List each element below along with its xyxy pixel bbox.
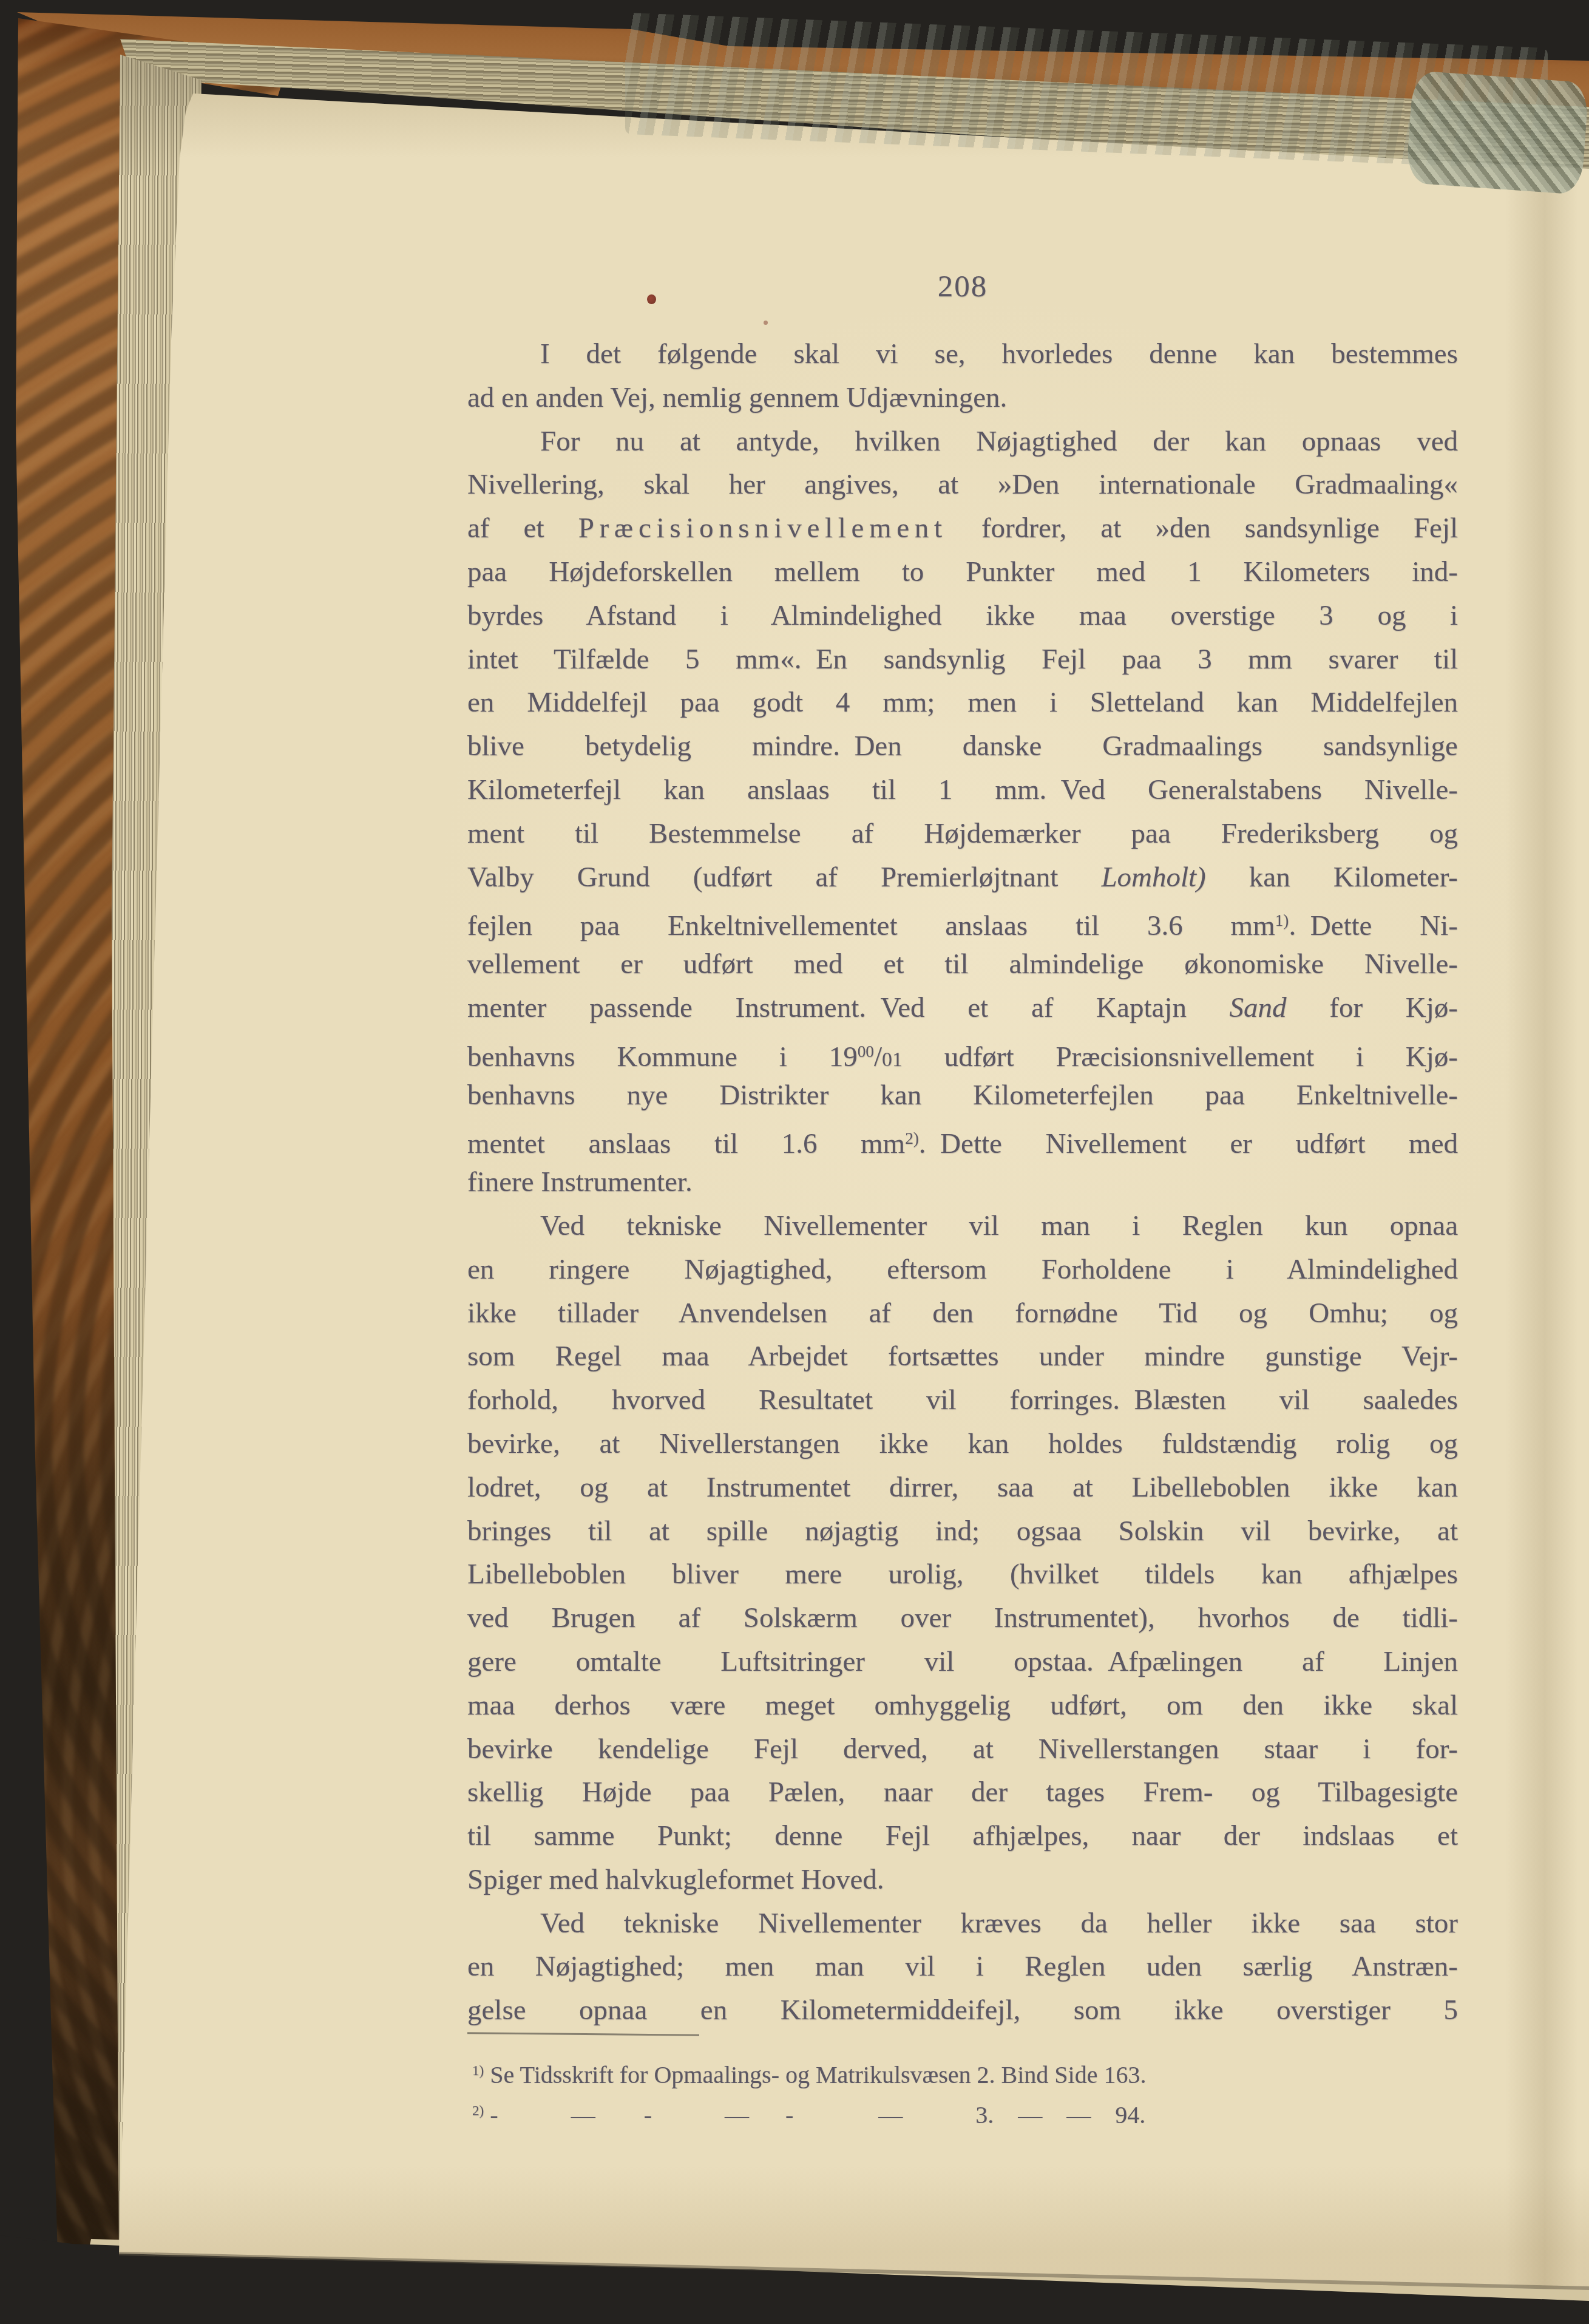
text-line: byrdes Afstand i Almindelighed ikke maa … — [467, 594, 1458, 638]
footnote-line: 1) Se Tidsskrift for Opmaalings- og Matr… — [472, 2051, 1463, 2091]
text-line: Ved tekniske Nivellementer vil man i Reg… — [467, 1204, 1458, 1248]
text-line: intet Tilfælde 5 mm«. En sandsynlig Fejl… — [467, 638, 1458, 682]
text-segment: skellig Højde paa Pælen, naar der tages … — [467, 1776, 1458, 1808]
text-line: Kilometerfejl kan anslaas til 1 mm. Ved … — [467, 769, 1458, 812]
text-segment: gelse opnaa en Kilometermiddeifejl, som … — [467, 1994, 1458, 2026]
text-segment: Valby Grund (udført af Premierløjtnant — [467, 861, 1101, 893]
text-line: I det følgende skal vi se, hvorledes den… — [467, 333, 1458, 376]
text-segment: fordrer, at »den sandsynlige Fejl — [947, 512, 1458, 544]
text-segment: ment til Bestemmelse af Højdemærker paa … — [467, 818, 1458, 849]
text-segment: bevirke, at Nivellerstangen ikke kan hol… — [467, 1428, 1458, 1459]
text-segment: Sand — [1230, 992, 1287, 1024]
text-line: bevirke kendelige Fejl derved, at Nivell… — [467, 1728, 1458, 1772]
text-segment: finere Instrumenter. — [467, 1166, 693, 1198]
text-segment: udført Præcisionsnivellement i Kjø- — [903, 1041, 1458, 1073]
text-line: Spiger med halvkugleformet Hoved. — [467, 1858, 1458, 1902]
text-line: gelse opnaa en Kilometermiddeifejl, som … — [467, 1989, 1458, 2033]
text-segment: Spiger med halvkugleformet Hoved. — [467, 1864, 884, 1895]
text-segment: 2) — [472, 2103, 484, 2119]
small-ink-spot — [764, 321, 768, 325]
text-segment: 01 — [882, 1048, 903, 1071]
text-segment: 2) — [905, 1129, 919, 1147]
text-segment: Se Tidsskrift for Opmaalings- og Matriku… — [484, 2061, 1146, 2088]
text-line: en ringere Nøjagtighed, eftersom Forhold… — [467, 1248, 1458, 1292]
text-line: menter passende Instrument. Ved et af Ka… — [467, 987, 1458, 1030]
text-segment: benhavns Kommune i 19 — [467, 1041, 858, 1073]
text-line: paa Højdeforskellen mellem to Punkter me… — [467, 551, 1458, 594]
text-segment: intet Tilfælde 5 mm«. En sandsynlig Fejl… — [467, 644, 1458, 675]
text-segment: af et — [467, 512, 578, 544]
text-segment: Præcisionsnivellement — [578, 512, 947, 544]
text-segment: Lomholt) — [1101, 861, 1205, 893]
text-line: til samme Punkt; denne Fejl afhjælpes, n… — [467, 1815, 1458, 1858]
text-segment: . Dette Nivellement er udført med — [919, 1128, 1458, 1160]
text-segment: gere omtalte Luftsitringer vil opstaa. A… — [467, 1646, 1458, 1677]
text-segment: 1) — [1275, 911, 1289, 929]
text-segment: menter passende Instrument. Ved et af Ka… — [467, 992, 1230, 1024]
footnote-line: 2) - — - — - — 3. — — 94. — [472, 2091, 1463, 2131]
text-segment: en Nøjagtighed; men man vil i Reglen ude… — [467, 1951, 1458, 1982]
text-segment: ved Brugen af Solskærm over Instrumentet… — [467, 1602, 1458, 1634]
text-line: For nu at antyde, hvilken Nøjagtighed de… — [467, 420, 1458, 464]
page-number: 208 — [467, 270, 1458, 304]
text-segment: bevirke kendelige Fejl derved, at Nivell… — [467, 1733, 1458, 1765]
text-segment: Libelleboblen bliver mere urolig, (hvilk… — [467, 1558, 1458, 1590]
text-line: Nivellering, skal her angives, at »Den i… — [467, 463, 1458, 507]
text-segment: vellement er udført med et til almindeli… — [467, 948, 1458, 980]
text-line: bringes til at spille nøjagtig ind; ogsa… — [467, 1510, 1458, 1554]
text-segment: fejlen paa Enkeltnivellementet anslaas t… — [467, 910, 1275, 942]
text-line: Valby Grund (udført af Premierløjtnant L… — [467, 856, 1458, 900]
text-line: benhavns nye Distrikter kan Kilometerfej… — [467, 1074, 1458, 1118]
text-segment: . Dette Ni- — [1289, 910, 1458, 942]
text-line: af et Præcisionsnivellement fordrer, at … — [467, 507, 1458, 551]
text-segment: forhold, hvorved Resultatet vil forringe… — [467, 1384, 1458, 1416]
text-segment: en Middelfejl paa godt 4 mm; men i Slett… — [467, 687, 1458, 718]
text-line: lodret, og at Instrumentet dirrer, saa a… — [467, 1466, 1458, 1510]
text-line: ved Brugen af Solskærm over Instrumentet… — [467, 1597, 1458, 1640]
text-line: mentet anslaas til 1.6 mm2). Dette Nivel… — [467, 1117, 1458, 1161]
text-line: maa derhos være meget omhyggelig udført,… — [467, 1684, 1458, 1728]
text-line: forhold, hvorved Resultatet vil forringe… — [467, 1379, 1458, 1422]
text-segment: en ringere Nøjagtighed, eftersom Forhold… — [467, 1254, 1458, 1285]
text-line: ment til Bestemmelse af Højdemærker paa … — [467, 812, 1458, 856]
text-segment: kan Kilometer- — [1206, 861, 1458, 893]
text-segment: For nu at antyde, hvilken Nøjagtighed de… — [540, 426, 1458, 457]
text-segment: byrdes Afstand i Almindelighed ikke maa … — [467, 600, 1458, 631]
text-line: fejlen paa Enkeltnivellementet anslaas t… — [467, 899, 1458, 943]
text-line: en Nøjagtighed; men man vil i Reglen ude… — [467, 1945, 1458, 1989]
scanned-book-page: 208 I det følgende skal vi se, hvorledes… — [0, 0, 1589, 2324]
text-line: ikke tillader Anvendelsen af den fornødn… — [467, 1292, 1458, 1336]
text-line: Ved tekniske Nivellementer kræves da hel… — [467, 1902, 1458, 1946]
text-segment: til samme Punkt; denne Fejl afhjælpes, n… — [467, 1820, 1458, 1852]
text-line: ad en anden Vej, nemlig gennem Udjævning… — [467, 376, 1458, 420]
text-line: blive betydelig mindre. Den danske Gradm… — [467, 725, 1458, 769]
text-segment: for Kjø- — [1287, 992, 1458, 1024]
text-segment: Ved tekniske Nivellementer kræves da hel… — [540, 1908, 1458, 1939]
text-line: en Middelfejl paa godt 4 mm; men i Slett… — [467, 681, 1458, 725]
text-segment: bringes til at spille nøjagtig ind; ogsa… — [467, 1515, 1458, 1547]
text-line: benhavns Kommune i 1900/01 udført Præcis… — [467, 1030, 1458, 1074]
text-line: vellement er udført med et til almindeli… — [467, 943, 1458, 987]
text-segment: mentet anslaas til 1.6 mm — [467, 1128, 905, 1160]
text-line: finere Instrumenter. — [467, 1161, 1458, 1204]
text-segment: maa derhos være meget omhyggelig udført,… — [467, 1690, 1458, 1721]
text-segment: - — - — - — 3. — — 94. — [484, 2101, 1145, 2129]
text-segment: Nivellering, skal her angives, at »Den i… — [467, 469, 1458, 500]
text-segment: Ved tekniske Nivellementer vil man i Reg… — [540, 1210, 1458, 1242]
text-segment: / — [874, 1041, 882, 1073]
text-line: skellig Højde paa Pælen, naar der tages … — [467, 1771, 1458, 1815]
text-segment: benhavns nye Distrikter kan Kilometerfej… — [467, 1079, 1458, 1111]
text-segment: lodret, og at Instrumentet dirrer, saa a… — [467, 1472, 1458, 1503]
text-segment: ikke tillader Anvendelsen af den fornødn… — [467, 1297, 1458, 1329]
footnotes: 1) Se Tidsskrift for Opmaalings- og Matr… — [472, 2051, 1463, 2131]
text-line: gere omtalte Luftsitringer vil opstaa. A… — [467, 1640, 1458, 1684]
binding-headband — [1406, 70, 1589, 195]
text-line: bevirke, at Nivellerstangen ikke kan hol… — [467, 1422, 1458, 1466]
text-segment: ad en anden Vej, nemlig gennem Udjævning… — [467, 382, 1007, 413]
text-segment: som Regel maa Arbejdet fortsættes under … — [467, 1340, 1458, 1372]
body-text: I det følgende skal vi se, hvorledes den… — [467, 333, 1458, 2033]
text-line: Libelleboblen bliver mere urolig, (hvilk… — [467, 1553, 1458, 1597]
text-segment: Kilometerfejl kan anslaas til 1 mm. Ved … — [467, 774, 1458, 806]
text-segment: 00 — [858, 1042, 874, 1061]
text-segment: paa Højdeforskellen mellem to Punkter me… — [467, 556, 1458, 588]
text-segment: blive betydelig mindre. Den danske Gradm… — [467, 730, 1458, 762]
text-line: som Regel maa Arbejdet fortsættes under … — [467, 1335, 1458, 1379]
text-segment: I det følgende skal vi se, hvorledes den… — [540, 338, 1458, 370]
text-segment: 1) — [472, 2063, 484, 2079]
